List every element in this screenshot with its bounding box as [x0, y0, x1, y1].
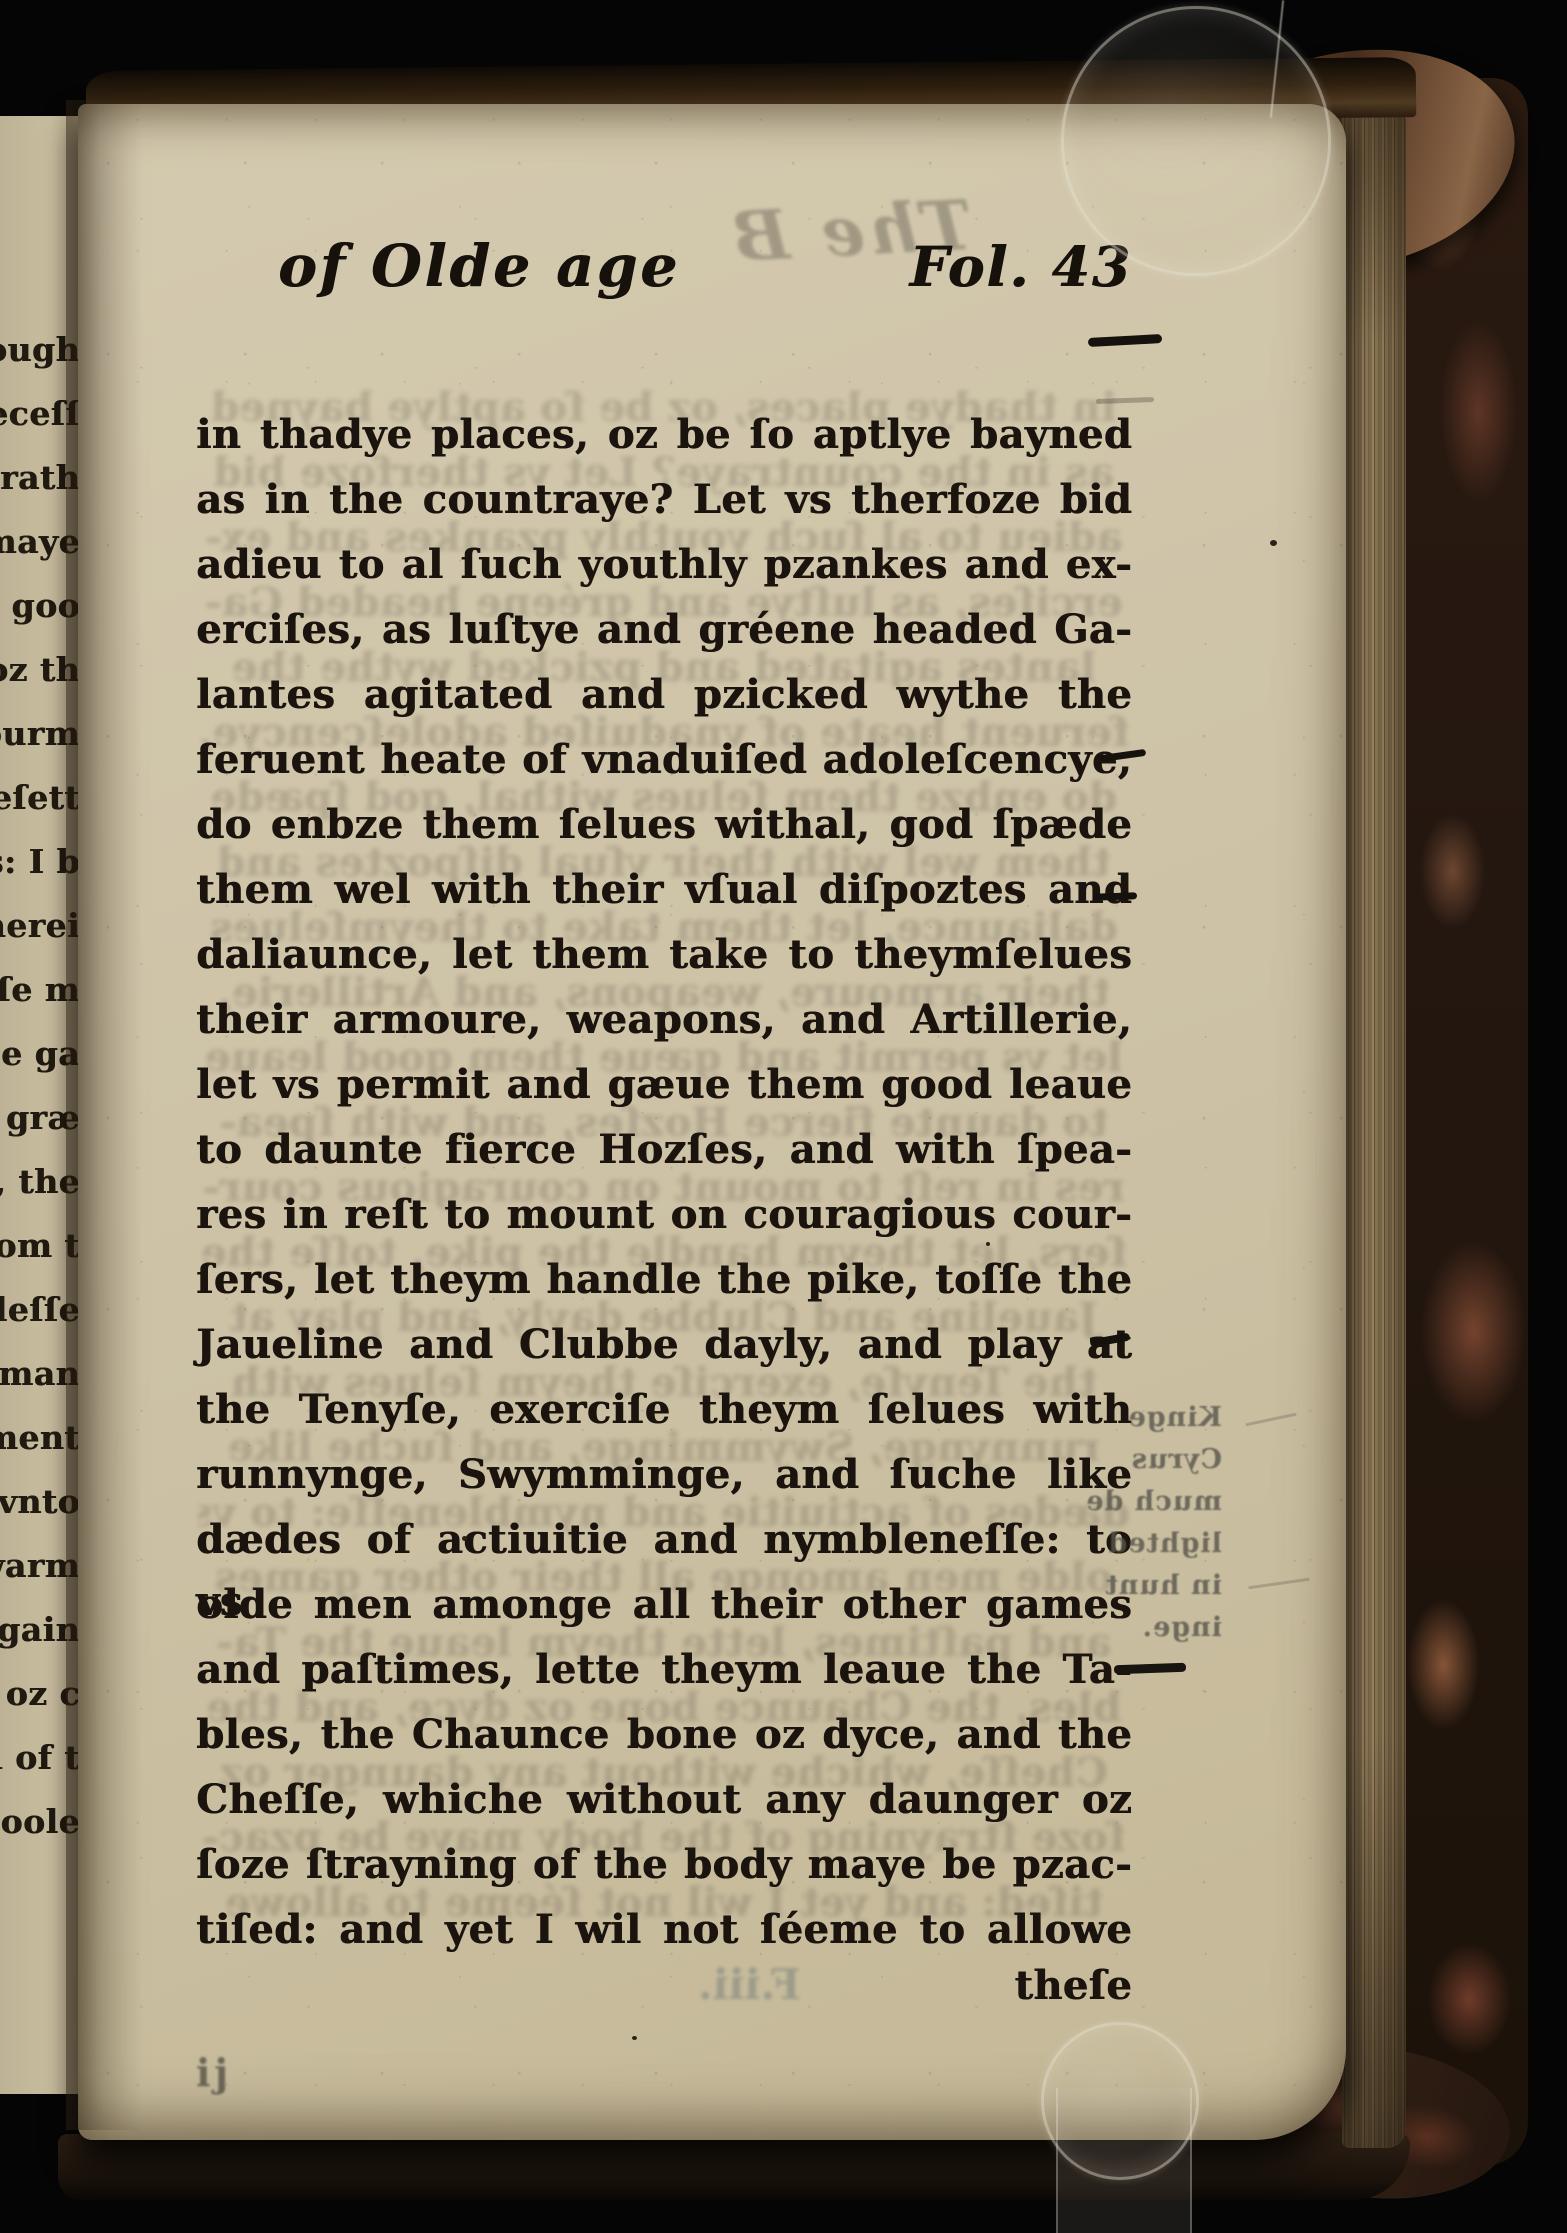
facing-page-fragment: again [0, 1610, 80, 1649]
facing-page-fragment: te, the [0, 1162, 80, 1201]
signature-mark-ghost: ij [196, 2050, 232, 2095]
paper-speck [632, 2036, 637, 2040]
cover-bottom-edge [58, 2134, 1410, 2200]
facing-page-fragment: oze ga [0, 1034, 80, 1073]
margin-note-line: inge. [1066, 1608, 1222, 1650]
book-photograph: though neceſſ re rath t maye ud goo s, o… [0, 0, 1567, 2233]
page-block-fore-edge [1342, 96, 1406, 2148]
facing-page-fragment: l warm [0, 1546, 80, 1585]
facing-page-fragment: k herei [0, 906, 80, 945]
facing-page-fragment: ſon of t [0, 1738, 80, 1777]
page-header: of Olde age Fol. 43 [196, 232, 1132, 336]
facing-page-fragment: s beſett [0, 778, 80, 817]
glass-weight-top [1061, 6, 1331, 276]
facing-page-fragment: bſe m [0, 970, 80, 1009]
folio-number: Fol. 43 [910, 234, 1132, 299]
margin-note-line: in hunt [1066, 1566, 1222, 1608]
glass-weight-bottom [1041, 2022, 1199, 2180]
body-text-block: in thadye places, oz be ſo aptlye bayned… [196, 404, 1132, 1964]
margin-note-line: Kinge [1066, 1398, 1222, 1440]
facing-page-fragment: re rath [0, 458, 80, 497]
facing-page-fragment: in vnto [0, 1482, 80, 1521]
catchword: theſe [196, 1962, 1132, 2009]
margin-note-line: Cyrus [1066, 1440, 1222, 1482]
margin-note-line: lighted [1066, 1524, 1222, 1566]
facing-page-fragment: æs: I b [0, 842, 80, 881]
paper-speck [986, 1242, 990, 1246]
foliation-showthrough-ghost: F.iii. [698, 1960, 801, 2009]
margin-note-line: much de [1066, 1482, 1222, 1524]
book-page: The B of Olde age Fol. 43 in thadye plac… [78, 104, 1346, 2140]
body-text-line: tiſed: and yet I wil not ſéeme to allowe [196, 1899, 1132, 1964]
facing-page-fragment: neceſſ [0, 394, 80, 433]
running-title: of Olde age [196, 232, 680, 300]
facing-page-fragment: er: oz c [0, 1674, 80, 1713]
facing-page-fragment: ye coole [0, 1802, 80, 1841]
facing-page-fragment: diment [0, 1418, 80, 1457]
facing-page-fragment: t maye [0, 522, 80, 561]
paper-speck [1270, 540, 1277, 546]
facing-page-fragment: ud goo [0, 586, 80, 625]
facing-page-fragment: though [0, 330, 80, 369]
facing-page-fragment: man [0, 1354, 80, 1393]
facing-page-fragment: from t [0, 1226, 80, 1265]
facing-page-fragment: e græ [0, 1098, 80, 1137]
facing-page-fragment: bleſſe [0, 1290, 80, 1329]
marbled-cover-right-edge [1398, 78, 1528, 2166]
margin-note-showthrough: Kinge Cyrus much de lighted in hunt inge… [1066, 1398, 1222, 1650]
paper-speck [462, 1536, 467, 1541]
facing-page-fragment: e fourm [0, 714, 80, 753]
facing-page-fragment: s, oz th [0, 650, 80, 689]
